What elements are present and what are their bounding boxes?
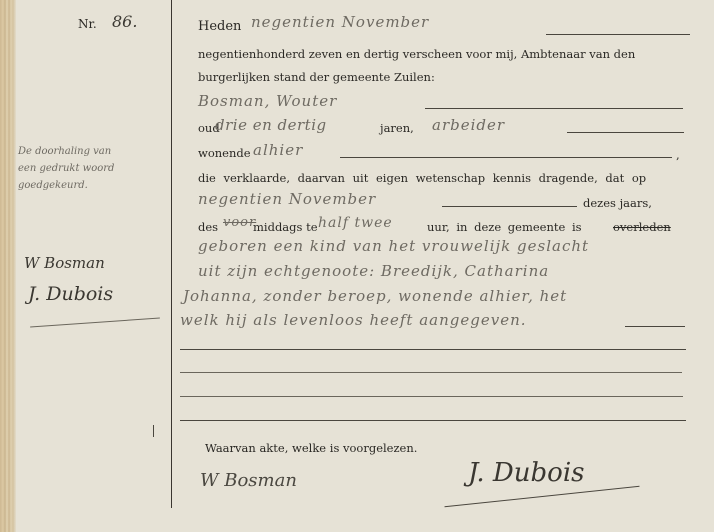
handwritten-line: geboren een kind van het vrouwelijk gesl…: [198, 237, 589, 255]
text-line-3: burgerlijken stand der gemeente Zuilen:: [198, 70, 435, 84]
time-value: half twee: [318, 215, 393, 231]
margin-note-line: De doorhaling van: [18, 146, 111, 157]
margin-tick-mark: [153, 425, 154, 437]
fill-line: [425, 108, 683, 109]
heden-label: Heden: [198, 19, 241, 34]
column-divider: [171, 0, 172, 508]
jaren-label: jaren,: [380, 121, 414, 135]
text-line-2: negentienhonderd zeven en dertig versche…: [198, 47, 635, 61]
declarant-name: Bosman, Wouter: [198, 92, 337, 110]
struck-word-overleden: overleden: [613, 220, 671, 234]
wonende-label: wonende: [198, 146, 251, 160]
dezes-jaars: dezes jaars,: [583, 196, 652, 210]
blank-line: [180, 372, 682, 373]
signature-declarant: W Bosman: [200, 470, 297, 491]
record-number-label: Nr.: [78, 17, 97, 31]
page-binding-edge: [0, 0, 16, 532]
margin-note-line: een gedrukt woord: [18, 163, 114, 174]
margin-signature-official: J. Dubois: [28, 283, 113, 305]
heden-value: negentien November: [251, 13, 429, 31]
blank-line: [180, 396, 683, 397]
age-value: drie en dertig: [215, 116, 327, 134]
handwritten-line: uit zijn echtgenoote: Breedijk, Catharin…: [198, 262, 549, 280]
des-value-struck: voor: [223, 215, 256, 230]
closing-text: Waarvan akte, welke is voorgelezen.: [205, 441, 417, 455]
margin-signature-declarant: W Bosman: [24, 254, 105, 272]
margin-note-line: goedgekeurd.: [18, 180, 88, 191]
residence-comma: ,: [676, 148, 680, 162]
signature-underline: [444, 486, 639, 507]
text-line-verklaarde: die verklaarde, daarvan uit eigen wetens…: [198, 171, 646, 185]
handwritten-line: welk hij als levenloos heeft aangegeven.: [180, 311, 527, 329]
blank-line: [180, 349, 686, 350]
signature-official: J. Dubois: [468, 458, 584, 488]
fill-line: [546, 34, 690, 35]
residence-value: alhier: [253, 141, 303, 159]
occupation-value: arbeider: [432, 116, 505, 134]
fill-line: [442, 206, 577, 207]
fill-line: [340, 157, 672, 158]
fill-line: [567, 132, 684, 133]
record-number-value: 86.: [112, 12, 137, 31]
middags-label: middags te: [253, 220, 318, 234]
blank-line: [180, 420, 686, 421]
date-value: negentien November: [198, 190, 376, 208]
uur-text: uur, in deze gemeente is: [427, 220, 582, 234]
handwritten-line: Johanna, zonder beroep, wonende alhier, …: [183, 287, 567, 305]
margin-signature-underline: [30, 317, 160, 327]
fill-line: [625, 326, 685, 327]
des-label: des: [198, 220, 218, 234]
